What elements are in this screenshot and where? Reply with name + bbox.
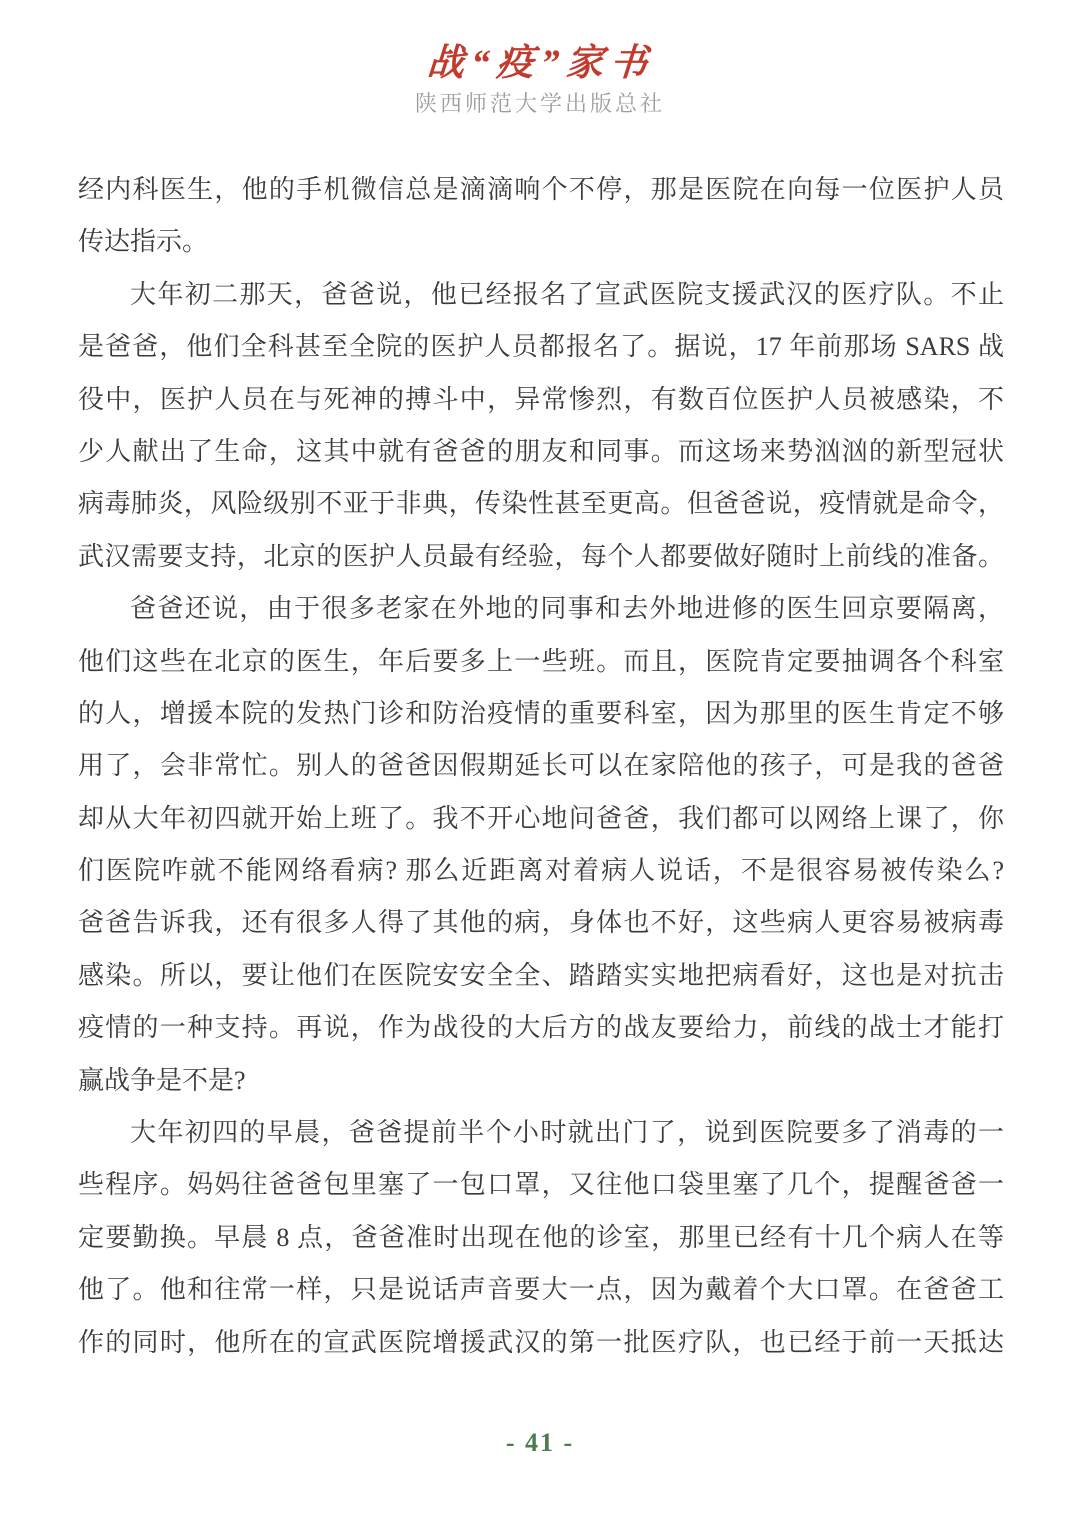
book-title: 战“疫”家书: [425, 44, 655, 84]
body-text-line: 大年初二那天，爸爸说，他已经报名了宣武医院支援武汉的医疗队。不止: [78, 269, 1004, 321]
body-text-line: 经内科医生，他的手机微信总是滴滴响个不停，那是医院在向每一位医护人员: [78, 164, 1004, 216]
body-text-line: 少人献出了生命，这其中就有爸爸的朋友和同事。而这场来势汹汹的新型冠状: [78, 426, 1004, 478]
body-text-line: 他了。他和往常一样，只是说话声音要大一点，因为戴着个大口罩。在爸爸工: [78, 1264, 1004, 1316]
body-text-line: 些程序。妈妈往爸爸包里塞了一包口罩，又往他口袋里塞了几个，提醒爸爸一: [78, 1159, 1004, 1211]
body-text: 经内科医生，他的手机微信总是滴滴响个不停，那是医院在向每一位医护人员 传达指示。…: [78, 164, 1004, 1369]
body-text-line: 他们这些在北京的医生，年后要多上一些班。而且，医院肯定要抽调各个科室: [78, 636, 1004, 688]
body-text-line: 感染。所以，要让他们在医院安安全全、踏踏实实地把病看好，这也是对抗击: [78, 950, 1004, 1002]
body-text-line: 大年初四的早晨，爸爸提前半个小时就出门了，说到医院要多了消毒的一: [78, 1107, 1004, 1159]
page-footer: - 41 -: [0, 1428, 1080, 1458]
body-text-line: 的人，增援本院的发热门诊和防治疫情的重要科室，因为那里的医生肯定不够: [78, 688, 1004, 740]
body-text-line: 赢战争是不是?: [78, 1055, 1004, 1107]
body-text-line: 疫情的一种支持。再说，作为战役的大后方的战友要给力，前线的战士才能打: [78, 1002, 1004, 1054]
body-text-line: 传达指示。: [78, 216, 1004, 268]
body-text-line: 爸爸还说，由于很多老家在外地的同事和去外地进修的医生回京要隔离，: [78, 583, 1004, 635]
body-text-line: 爸爸告诉我，还有很多人得了其他的病，身体也不好，这些病人更容易被病毒: [78, 897, 1004, 949]
body-text-line: 们医院咋就不能网络看病? 那么近距离对着病人说话，不是很容易被传染么?: [78, 845, 1004, 897]
body-text-line: 役中，医护人员在与死神的搏斗中，异常惨烈，有数百位医护人员被感染，不: [78, 374, 1004, 426]
page-number: - 41 -: [506, 1428, 574, 1457]
body-text-line: 却从大年初四就开始上班了。我不开心地问爸爸，我们都可以网络上课了，你: [78, 793, 1004, 845]
page-header: 战“疫”家书 陕西师范大学出版总社: [0, 44, 1080, 117]
body-text-line: 作的同时，他所在的宣武医院增援武汉的第一批医疗队，也已经于前一天抵达: [78, 1317, 1004, 1369]
body-text-line: 用了，会非常忙。别人的爸爸因假期延长可以在家陪他的孩子，可是我的爸爸: [78, 740, 1004, 792]
body-text-line: 定要勤换。早晨 8 点，爸爸准时出现在他的诊室，那里已经有十几个病人在等: [78, 1212, 1004, 1264]
publisher-name: 陕西师范大学出版总社: [0, 91, 1080, 117]
body-text-line: 武汉需要支持，北京的医护人员最有经验，每个人都要做好随时上前线的准备。: [78, 531, 1004, 583]
body-text-line: 是爸爸，他们全科甚至全院的医护人员都报名了。据说，17 年前那场 SARS 战: [78, 321, 1004, 373]
body-text-line: 病毒肺炎，风险级别不亚于非典，传染性甚至更高。但爸爸说，疫情就是命令，: [78, 478, 1004, 530]
